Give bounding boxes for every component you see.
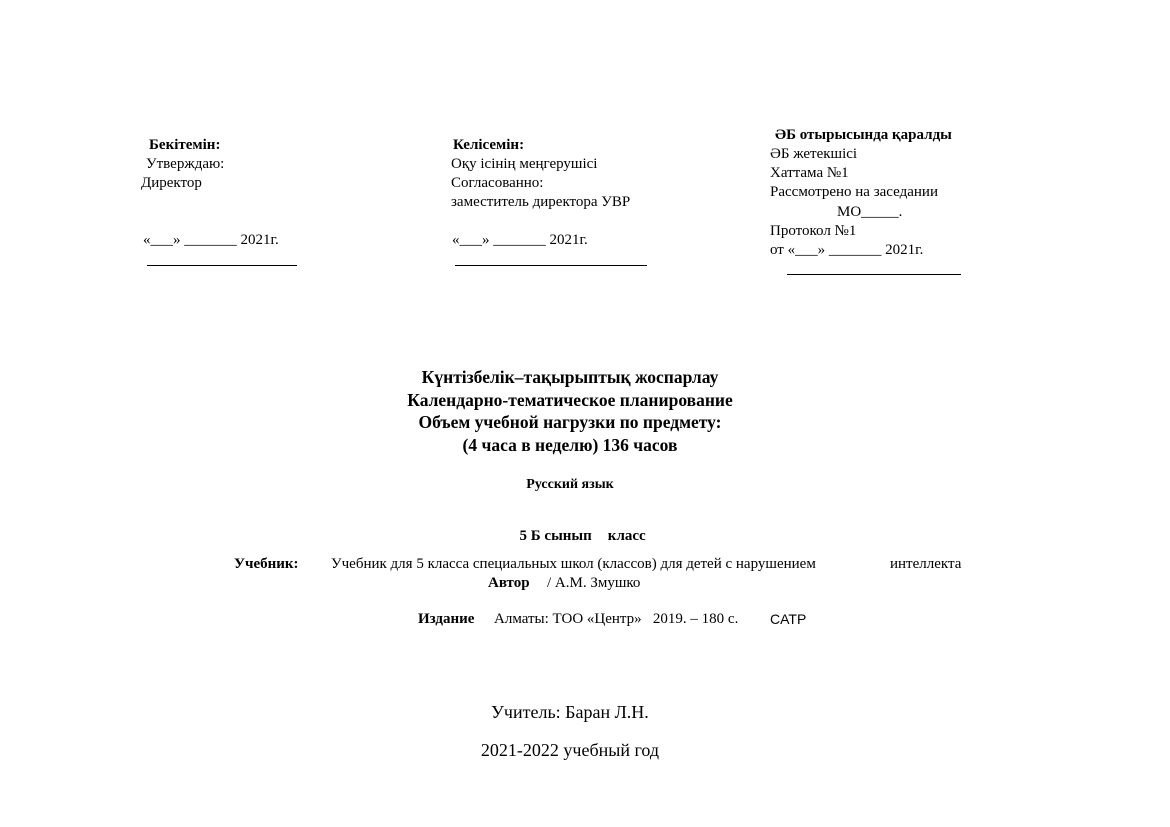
approval-right-line4: МО_____. [837,203,902,222]
edition-suffix: CATP [770,611,806,627]
author-label: Автор [488,574,530,593]
author-value: / А.М. Змушко [547,574,640,593]
signature-line-left [147,265,297,266]
approval-right-line5: Протокол №1 [770,222,856,241]
subject: Русский язык [0,477,1140,493]
grade-number: 5 Б сынып [520,528,592,544]
approval-left-date: «___» _______ 2021г. [143,231,279,250]
textbook-label: Учебник: [234,555,299,574]
signature-line-right [787,274,961,275]
document-title: Күнтізбелік–тақырыптық жоспарлау Календа… [0,366,1140,456]
approval-middle-line1: Оқу ісінің меңгерушісі [451,155,597,174]
approval-right-line2: Хаттама №1 [770,164,849,183]
approval-left-line1: Утверждаю: [146,155,224,174]
edition-value: Алматы: ТОО «Центр» 2019. – 180 с. [494,610,738,629]
approval-middle-heading: Келісемін: [453,136,524,155]
grade-word: класс [608,528,646,544]
approval-middle-date: «___» _______ 2021г. [452,231,588,250]
title-line-russian: Календарно-тематическое планирование [0,389,1140,412]
edition-label: Издание [418,610,474,629]
textbook-value: Учебник для 5 класса специальных школ (к… [331,555,816,574]
approval-right-line3: Рассмотрено на заседании [770,183,938,202]
title-line-load: Объем учебной нагрузки по предмету: [0,411,1140,434]
approval-left-line2: Директор [141,174,202,193]
school-year: 2021-2022 учебный год [0,740,1140,761]
title-line-kazakh: Күнтізбелік–тақырыптық жоспарлау [0,366,1140,389]
textbook-value-end: интеллекта [890,555,961,574]
approval-right-heading: ӘБ отырысында қаралды [775,126,952,145]
signature-line-middle [455,265,647,266]
title-line-hours: (4 часа в неделю) 136 часов [0,434,1140,457]
approval-left-heading: Бекітемін: [149,136,220,155]
approval-middle-line2: Согласованно: [451,174,543,193]
approval-right-date: от «___» _______ 2021г. [770,241,923,260]
approval-right-line1: ӘБ жетекшісі [770,145,857,164]
teacher-name: Учитель: Баран Л.Н. [0,702,1140,723]
approval-middle-line3: заместитель директора УВР [451,193,630,212]
grade: 5 Б сыныпкласс [512,511,646,545]
